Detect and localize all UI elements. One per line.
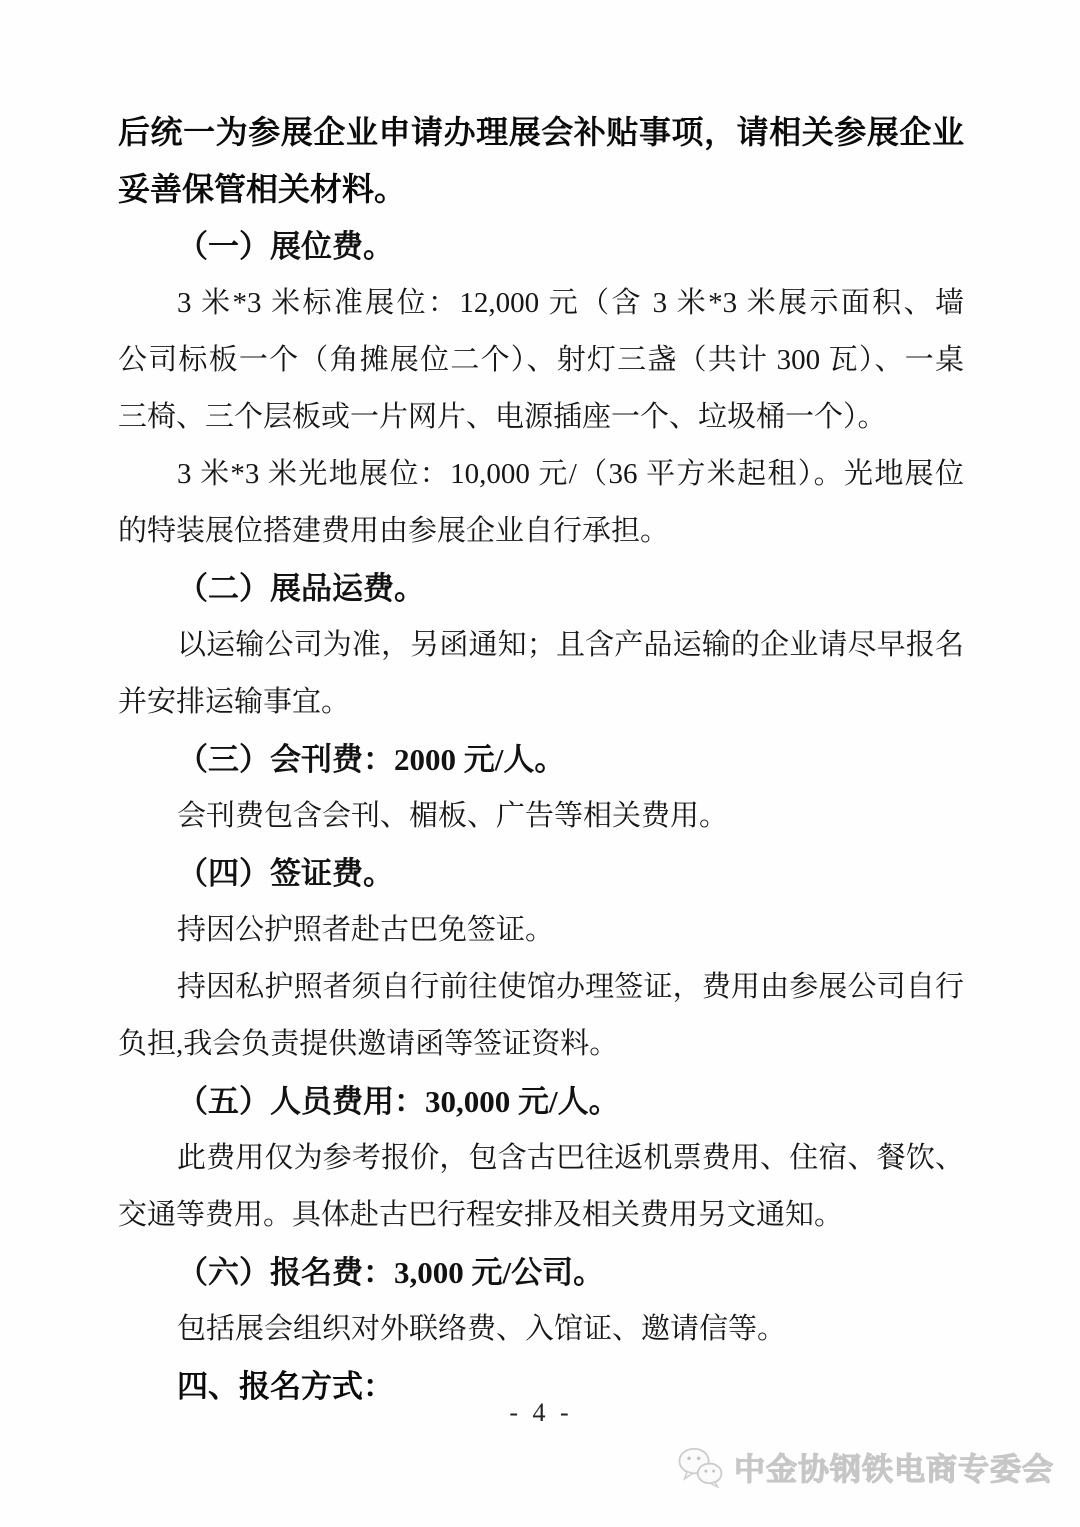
title-line-2: 妥善保管相关材料。 [118, 161, 964, 218]
page-number: - 4 - [118, 1398, 964, 1428]
body-line: 会刊费包含会刊、楣板、广告等相关费用。 [118, 788, 964, 845]
watermark-text: 中金协钢铁电商专委会 [734, 1444, 1054, 1489]
body-line: 持因公护照者赴古巴免签证。 [118, 902, 964, 959]
body-line: 公司标板一个（角摊展位二个）、射灯三盏（共计 300 瓦）、一桌 [118, 332, 964, 389]
wechat-icon [676, 1446, 724, 1488]
section-heading-3: （三）会刊费：2000 元/人。 [118, 731, 964, 788]
body-line: 负担,我会负责提供邀请函等签证资料。 [118, 1016, 964, 1073]
watermark: 中金协钢铁电商专委会 [676, 1444, 1054, 1489]
section-heading-4: （四）签证费。 [118, 845, 964, 902]
body-line: 包括展会组织对外联络费、入馆证、邀请信等。 [118, 1301, 964, 1358]
body-line: 三椅、三个层板或一片网片、电源插座一个、垃圾桶一个）。 [118, 389, 964, 446]
section-heading-5: （五）人员费用：30,000 元/人。 [118, 1073, 964, 1130]
document-body: 后统一为参展企业申请办理展会补贴事项，请相关参展企业 妥善保管相关材料。 （一）… [118, 104, 964, 1415]
title-line-1: 后统一为参展企业申请办理展会补贴事项，请相关参展企业 [118, 104, 964, 161]
section-heading-2: （二）展品运费。 [118, 560, 964, 617]
body-line: 以运输公司为准，另函通知；且含产品运输的企业请尽早报名 [118, 617, 964, 674]
body-line: 的特装展位搭建费用由参展企业自行承担。 [118, 503, 964, 560]
body-line: 3 米*3 米标准展位：12,000 元（含 3 米*3 米展示面积、墙板、 [118, 275, 964, 332]
body-line: 交通等费用。具体赴古巴行程安排及相关费用另文通知。 [118, 1187, 964, 1244]
body-line: 此费用仅为参考报价，包含古巴往返机票费用、住宿、餐饮、 [118, 1130, 964, 1187]
body-line: 并安排运输事宜。 [118, 674, 964, 731]
section-heading-1: （一）展位费。 [118, 218, 964, 275]
body-line: 3 米*3 米光地展位：10,000 元/（36 平方米起租）。光地展位 [118, 446, 964, 503]
section-heading-6: （六）报名费：3,000 元/公司。 [118, 1244, 964, 1301]
body-line: 持因私护照者须自行前往使馆办理签证，费用由参展公司自行 [118, 959, 964, 1016]
